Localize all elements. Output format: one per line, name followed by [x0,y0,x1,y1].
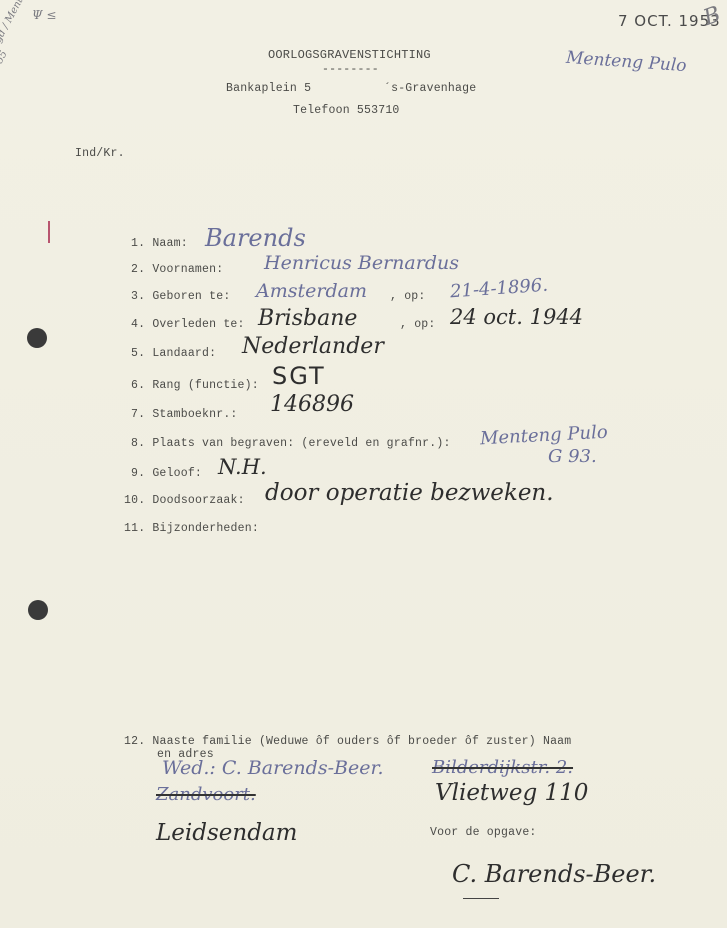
punch-hole-top [27,328,47,348]
family-label-line1: 12. Naaste familie (Weduwe ôf ouders ôf … [124,735,571,748]
red-check-icon [48,221,50,243]
field-6-label: 6. Rang (functie): [131,379,259,392]
field-4-value: Brisbane [258,306,357,331]
field-7-label: 7. Stamboeknr.: [131,408,238,421]
field-5-label: 5. Landaard: [131,347,216,360]
punch-hole-bottom [28,600,48,620]
field-4-label: 4. Overleden te: [131,318,245,331]
field-5-value: Nederlander [242,334,384,359]
field-1-value: Barends [205,224,306,252]
header-divider: -------- [322,63,379,76]
field-10-label: 10. Doodsoorzaak: [124,494,245,507]
address-street: Bankaplein 5 [226,82,311,95]
field-3-date-value: 21-4-1896. [449,275,548,303]
family-old-city: Zandvoort. [156,784,256,805]
field-8-value-grave: G 93. [548,446,597,467]
field-8-label: 8. Plaats van begraven: (ereveld en graf… [131,437,451,450]
family-old-street: Bilderdijkstr. 2. [432,757,573,778]
field-9-label: 9. Geloof: [131,467,202,480]
field-3-value: Amsterdam [256,280,367,302]
top-right-annotation: Menteng Pulo [565,48,687,76]
field-9-value: N.H. [218,455,267,479]
field-3-label: 3. Geboren te: [131,290,230,303]
telephone: Telefoon 553710 [293,104,400,117]
family-street: Vlietweg 110 [435,780,588,806]
field-2-label: 2. Voornamen: [131,263,223,276]
family-name: Wed.: C. Barends-Beer. [162,757,383,779]
reference-code: Ind/Kr. [75,147,125,160]
field-4-date-value: 24 oct. 1944 [450,305,583,329]
signature-underline [463,898,499,899]
field-7-value: 146896 [270,392,354,417]
signature: C. Barends-Beer. [452,860,656,888]
field-1-label: 1. Naam: [131,237,188,250]
address-city: ´s-Gravenhage [384,82,476,95]
top-left-small-mark: Ψ ≤ [32,8,56,22]
organization-name: OORLOGSGRAVENSTICHTING [268,48,431,62]
family-city: Leidsendam [156,820,297,846]
field-4-date-label: , op: [400,318,436,331]
document-page: OORLOGSGRAVENSTICHTING -------- Bankaple… [0,0,727,928]
signature-label: Voor de opgave: [430,826,537,839]
field-2-value: Henricus Bernardus [264,252,459,274]
field-6-value: SGT [272,362,326,390]
field-3-date-label: , op: [390,290,426,303]
field-10-value: door operatie bezweken. [265,480,554,506]
field-11-label: 11. Bijzonderheden: [124,522,259,535]
